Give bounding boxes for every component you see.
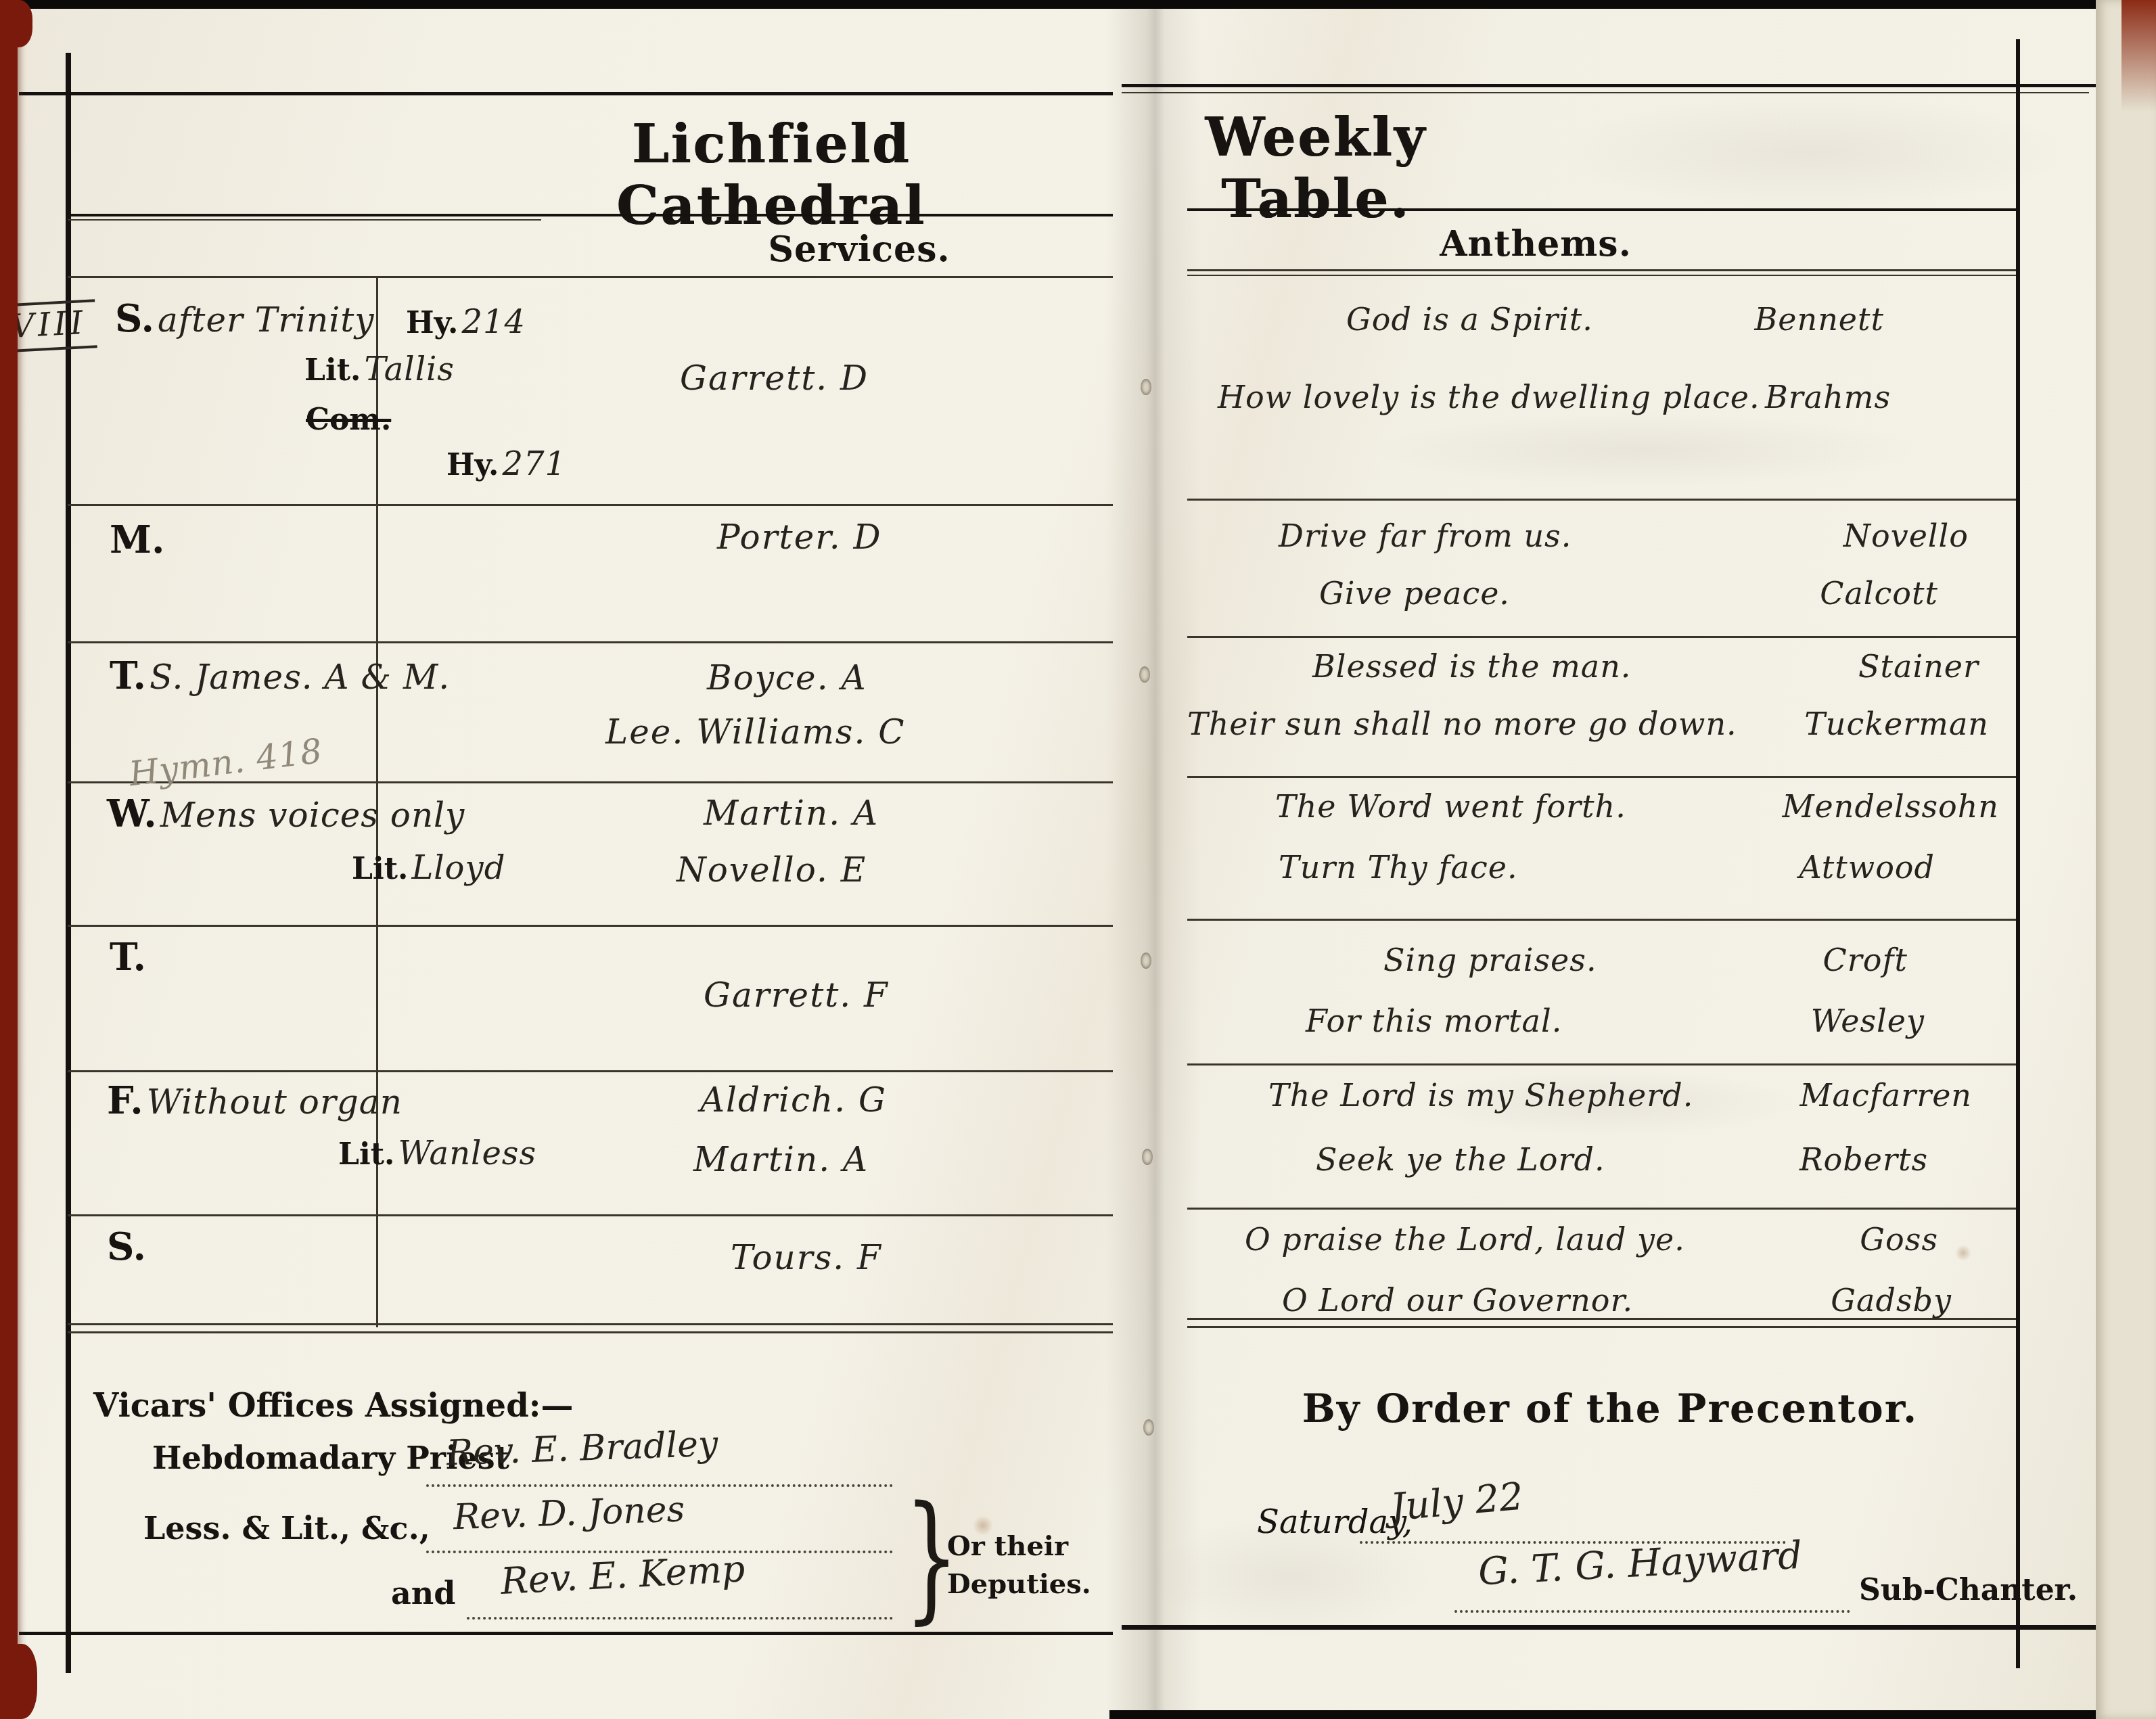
service-setting: Aldrich. G bbox=[700, 1080, 887, 1120]
book-edge-red-right bbox=[2121, 0, 2156, 112]
service-setting: Garrett. F bbox=[704, 976, 889, 1015]
hymn-label: Hy. bbox=[446, 448, 499, 482]
table-row-tuesday: T. S. James. A & M. Hymn. 418 Boyce. A L… bbox=[68, 641, 2016, 781]
day-letter: T. bbox=[110, 935, 146, 980]
day-note: after Trinity bbox=[158, 300, 375, 340]
title-underline-left-double bbox=[68, 219, 541, 221]
anthem-title: Sing praises. bbox=[1383, 942, 1597, 978]
precentor-order-heading: By Order of the Precentor. bbox=[1252, 1385, 1969, 1431]
anthem-line: Give peace. Calcott bbox=[1187, 575, 2016, 612]
anthem-composer: Croft bbox=[1823, 942, 1908, 978]
day-letter: W. bbox=[107, 792, 157, 836]
frame-rule-right bbox=[2016, 39, 2020, 1668]
book-edge-red-corner bbox=[0, 1644, 37, 1719]
subchanter-title: Sub-Chanter. bbox=[1859, 1573, 2078, 1607]
anthem-line: The Lord is my Shepherd. Macfarren bbox=[1187, 1077, 2016, 1114]
frame-rule-top-right bbox=[1122, 84, 2156, 87]
lessons-litany-entry: Rev. D. Jones bbox=[426, 1494, 893, 1553]
anthem-title: Seek ye the Lord. bbox=[1316, 1141, 1605, 1178]
vicars-offices-heading: Vicars' Offices Assigned:— bbox=[93, 1387, 573, 1425]
day-note: Without organ bbox=[147, 1082, 403, 1122]
anthem-line: Drive far from us. Novello bbox=[1187, 518, 2016, 554]
anthem-composer: Attwood bbox=[1799, 849, 1935, 886]
anthem-title: The Lord is my Shepherd. bbox=[1268, 1077, 1693, 1114]
litany-setting: Lloyd bbox=[411, 849, 505, 887]
service-setting: Garrett. D bbox=[680, 359, 869, 398]
subchanter-signature: G. T. G. Hayward bbox=[1454, 1534, 1804, 1596]
service-setting: Boyce. A bbox=[707, 658, 867, 697]
anthem-composer: Novello bbox=[1843, 518, 1969, 554]
anthem-composer: Gadsby bbox=[1831, 1282, 1952, 1319]
book-edge-red-top-corner bbox=[0, 0, 32, 47]
lessons-litany-name: Rev. D. Jones bbox=[426, 1489, 685, 1538]
hebdomadary-priest-entry: Rev. E. Bradley bbox=[426, 1429, 893, 1487]
anthem-title: Blessed is the man. bbox=[1312, 648, 1631, 685]
anthem-line: For this mortal. Wesley bbox=[1187, 1003, 2016, 1039]
anthem-title: Drive far from us. bbox=[1279, 518, 1572, 554]
table-bottom-rule-double bbox=[68, 1331, 1113, 1333]
frame-rule-top-right-double bbox=[1122, 92, 2089, 93]
frame-rule-bottom-right bbox=[1122, 1625, 2134, 1630]
deputies-note-line1: Or their bbox=[947, 1530, 1068, 1562]
third-vicar-name: Rev. E. Kemp bbox=[466, 1547, 746, 1604]
day-letter: T. bbox=[110, 654, 146, 698]
hymn-number: 214 bbox=[462, 303, 526, 341]
anthem-title: For this mortal. bbox=[1306, 1003, 1562, 1039]
hebdomadary-priest-name: Rev. E. Bradley bbox=[426, 1423, 718, 1474]
header-underline-right-double bbox=[1187, 275, 2016, 276]
torn-page-edge-right bbox=[2096, 0, 2156, 1719]
page-title-right: Weekly Table. bbox=[1120, 107, 1512, 230]
service-setting: Lee. Williams. C bbox=[605, 712, 906, 752]
scan-edge-bottom bbox=[1109, 1710, 2156, 1719]
anthem-composer: Brahms bbox=[1765, 379, 1891, 415]
anthem-line: Their sun shall no more go down. Tuckerm… bbox=[1187, 706, 2016, 742]
anthem-line: Sing praises. Croft bbox=[1187, 942, 2016, 978]
column-header-anthems: Anthems. bbox=[1367, 223, 1705, 265]
hymn-label: Hy. bbox=[406, 306, 458, 340]
signature-entry: G. T. G. Hayward bbox=[1454, 1542, 1850, 1613]
hymn-number: 271 bbox=[503, 445, 567, 483]
day-note: S. James. A & M. bbox=[150, 658, 450, 697]
anthem-composer: Stainer bbox=[1858, 648, 1979, 685]
day-letter: S. bbox=[115, 296, 154, 341]
anthem-composer: Wesley bbox=[1811, 1003, 1925, 1039]
table-row-thursday: T. Garrett. F Sing praises. Croft For th… bbox=[68, 925, 2016, 1070]
anthem-title: Give peace. bbox=[1319, 575, 1510, 612]
anthem-title: God is a Spirit. bbox=[1346, 301, 1593, 338]
anthem-line: The Word went forth. Mendelssohn bbox=[1187, 788, 2016, 825]
anthem-title: How lovely is the dwelling place. bbox=[1218, 379, 1760, 415]
anthem-composer: Calcott bbox=[1820, 575, 1938, 612]
service-setting: Martin. A bbox=[693, 1140, 869, 1179]
table-row-sunday: S. after Trinity Hy. 214 Lit. Tallis Com… bbox=[68, 277, 2016, 504]
anthem-title: O Lord our Governor. bbox=[1282, 1282, 1633, 1319]
anthem-title: Their sun shall no more go down. bbox=[1187, 706, 1737, 742]
service-setting: Porter. D bbox=[717, 518, 882, 557]
day-letter: S. bbox=[107, 1224, 146, 1269]
page-title-left: Lichfield Cathedral bbox=[511, 114, 1032, 237]
litany-setting: Wanless bbox=[398, 1134, 536, 1172]
scan-edge-top bbox=[0, 0, 2156, 9]
day-letter: M. bbox=[110, 518, 164, 562]
anthem-composer: Macfarren bbox=[1799, 1077, 1972, 1114]
table-row-friday: F. Without organ Lit. Wanless Aldrich. G… bbox=[68, 1070, 2016, 1214]
frame-rule-top-left bbox=[19, 92, 1113, 95]
litany-setting: Tallis bbox=[364, 350, 455, 388]
book-edge-red-left bbox=[0, 0, 18, 1719]
anthem-composer: Mendelssohn bbox=[1783, 788, 2000, 825]
service-setting: Tours. F bbox=[731, 1238, 882, 1277]
anthem-line: O Lord our Governor. Gadsby bbox=[1187, 1282, 2016, 1319]
anthem-line: Blessed is the man. Stainer bbox=[1187, 648, 2016, 685]
anthem-line: Seek ye the Lord. Roberts bbox=[1187, 1141, 2016, 1178]
stitch-hole bbox=[1143, 1419, 1154, 1436]
communion-label-struck: Com. bbox=[306, 403, 391, 437]
service-setting: Martin. A bbox=[704, 794, 879, 833]
anthem-line: How lovely is the dwelling place. Brahms bbox=[1187, 379, 2016, 415]
service-setting: Novello. E bbox=[676, 850, 867, 890]
anthem-composer: Tuckerman bbox=[1804, 706, 1989, 742]
anthem-composer: Goss bbox=[1860, 1221, 1938, 1258]
anthem-composer: Bennett bbox=[1755, 301, 1884, 338]
anthem-title: The Word went forth. bbox=[1275, 788, 1626, 825]
deputies-note-line2: Deputies. bbox=[947, 1568, 1091, 1600]
date-value: July 22 bbox=[1358, 1475, 1526, 1533]
day-letter: F. bbox=[107, 1078, 143, 1123]
anthem-title: Turn Thy face. bbox=[1279, 849, 1518, 886]
date-entry: July 22 bbox=[1360, 1482, 1786, 1544]
third-vicar-entry: Rev. E. Kemp bbox=[467, 1555, 893, 1620]
anthem-line: God is a Spirit. Bennett bbox=[1187, 301, 2016, 338]
anthem-line: O praise the Lord, laud ye. Goss bbox=[1187, 1221, 2016, 1258]
title-underline-left bbox=[68, 214, 1113, 216]
header-underline-right bbox=[1187, 269, 2016, 271]
and-label: and bbox=[391, 1575, 455, 1611]
table-row-monday: M. Porter. D Drive far from us. Novello … bbox=[68, 504, 2016, 641]
litany-label: Lit. bbox=[352, 852, 408, 886]
bleedthrough-smudge bbox=[1556, 95, 2070, 210]
litany-label: Lit. bbox=[304, 353, 361, 388]
table-row-saturday: S. Tours. F O praise the Lord, laud ye. … bbox=[68, 1214, 2016, 1328]
lessons-litany-label: Less. & Lit., &c., bbox=[143, 1510, 430, 1546]
scanned-book-spread: Lichfield Cathedral Weekly Table. VIII S… bbox=[0, 0, 2156, 1719]
anthem-title: O praise the Lord, laud ye. bbox=[1245, 1221, 1685, 1258]
day-note: Mens voices only bbox=[160, 796, 465, 835]
litany-label: Lit. bbox=[338, 1137, 394, 1172]
anthem-line: Turn Thy face. Attwood bbox=[1187, 849, 2016, 886]
anthem-composer: Roberts bbox=[1799, 1141, 1928, 1178]
title-underline-right bbox=[1187, 208, 2016, 211]
column-header-services: Services. bbox=[690, 229, 1028, 270]
table-row-wednesday: W. Mens voices only Lit. Lloyd Martin. A… bbox=[68, 781, 2016, 925]
